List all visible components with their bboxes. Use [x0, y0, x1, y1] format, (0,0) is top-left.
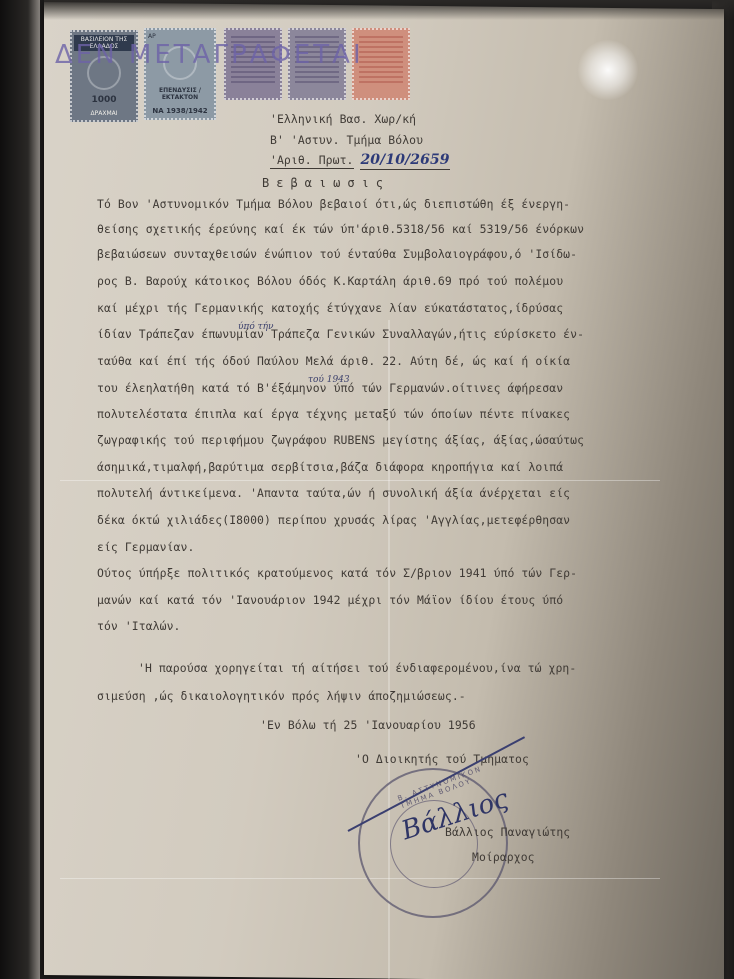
paper-fold-line: [60, 480, 660, 481]
handwritten-insertion: ύπό τήν: [238, 322, 274, 332]
stamp-value: 1000: [91, 95, 116, 105]
stamp-label: ΕΠΕΝΔΥΣΙΣ / ΕΚΤΑΚΤΟΝ: [148, 87, 212, 101]
body-line: σιμεύση ,ώς δικαιολογητικόν πρός λήψιν ά…: [97, 689, 466, 703]
body-line: ζωγραφικής τού περιφήμου ζωγράφου RUBENS…: [97, 433, 584, 447]
signatory-rank: Μοίραρχος: [472, 850, 535, 864]
rubber-stamp-banner: ΔΕΝ ΜΕΤΑΓΡΑΦΕΤΑΙ: [55, 40, 364, 70]
stamp-years: ΝΑ 1938/1942: [152, 107, 207, 115]
body-line: Τό Βον 'Αστυνομικόν Τμήμα Βόλου βεβαιοί …: [97, 197, 570, 211]
protocol-label: 'Αριθ. Πρωτ.: [270, 153, 354, 169]
body-line: ταύθα καί έπί τής όδού Παύλου Μελά άριθ.…: [97, 354, 570, 368]
body-line: πολυτελέστατα έπιπλα καί έργα τέχνης μετ…: [97, 407, 570, 421]
body-line: ρος Β. Βαρούχ κάτοικος Βόλου όδός Κ.Καρτ…: [97, 274, 563, 288]
protocol-number: 20/10/2659: [360, 152, 449, 170]
cross-emblem-icon: [359, 33, 403, 83]
handwritten-insertion: τού 1943: [308, 375, 350, 385]
place-date: 'Εν Βόλω τή 25 'Ιανουαρίου 1956: [260, 718, 476, 732]
stamp-unit: ΔΡΑΧΜΑΙ: [91, 110, 118, 117]
body-line: 'Η παρούσα χορηγείται τή αίτήσει τού ένδ…: [138, 661, 576, 675]
protocol-row: 'Αριθ. Πρωτ. 20/10/2659: [270, 152, 450, 168]
body-line: πολυτελή άντικείμενα. 'Απαντα ταύτα,ών ή…: [97, 486, 570, 500]
signatory-title: 'Ο Διοικητής τού Τμήματος: [355, 752, 529, 766]
stamp-top: ΑΡ: [148, 33, 156, 40]
document-title: Βεβαιωσις: [262, 176, 390, 190]
header-line-1: 'Ελληνική Βασ. Χωρ/κή: [270, 112, 416, 126]
header-line-2: Β' 'Αστυν. Τμήμα Βόλου: [270, 133, 423, 147]
paper-fold-line: [60, 878, 660, 879]
body-line: Ούτος ύπήρξε πολιτικός κρατούμενος κατά …: [97, 566, 577, 580]
body-line: μανών καί κατά τόν 'Ιανουάριον 1942 μέχρ…: [97, 593, 563, 607]
top-shadow: [44, 0, 734, 20]
body-line: θείσης σχετικής έρεύνης καί έκ τών ύπ'άρ…: [97, 222, 584, 236]
body-line: καί μέχρι τής Γερμανικής κατοχής έτύγχαν…: [97, 301, 563, 315]
body-line: δέκα όκτώ χιλιάδες(I8000) περίπου χρυσάς…: [97, 513, 570, 527]
light-glare: [578, 40, 638, 100]
display-frame-left: [0, 0, 40, 979]
body-line: άσημικά,τιμαλφή,βαρύτιμα σερβίτσια,βάζα …: [97, 460, 563, 474]
body-line: βεβαιώσεων συνταχθεισών ένώπιον τού έντα…: [97, 247, 577, 261]
body-line: τόν 'Ιταλών.: [97, 619, 181, 633]
body-line: είς Γερμανίαν.: [97, 540, 194, 554]
body-line: ίδίαν Τράπεζαν έπωνυμίαν Τράπεζα Γενικών…: [97, 327, 584, 341]
